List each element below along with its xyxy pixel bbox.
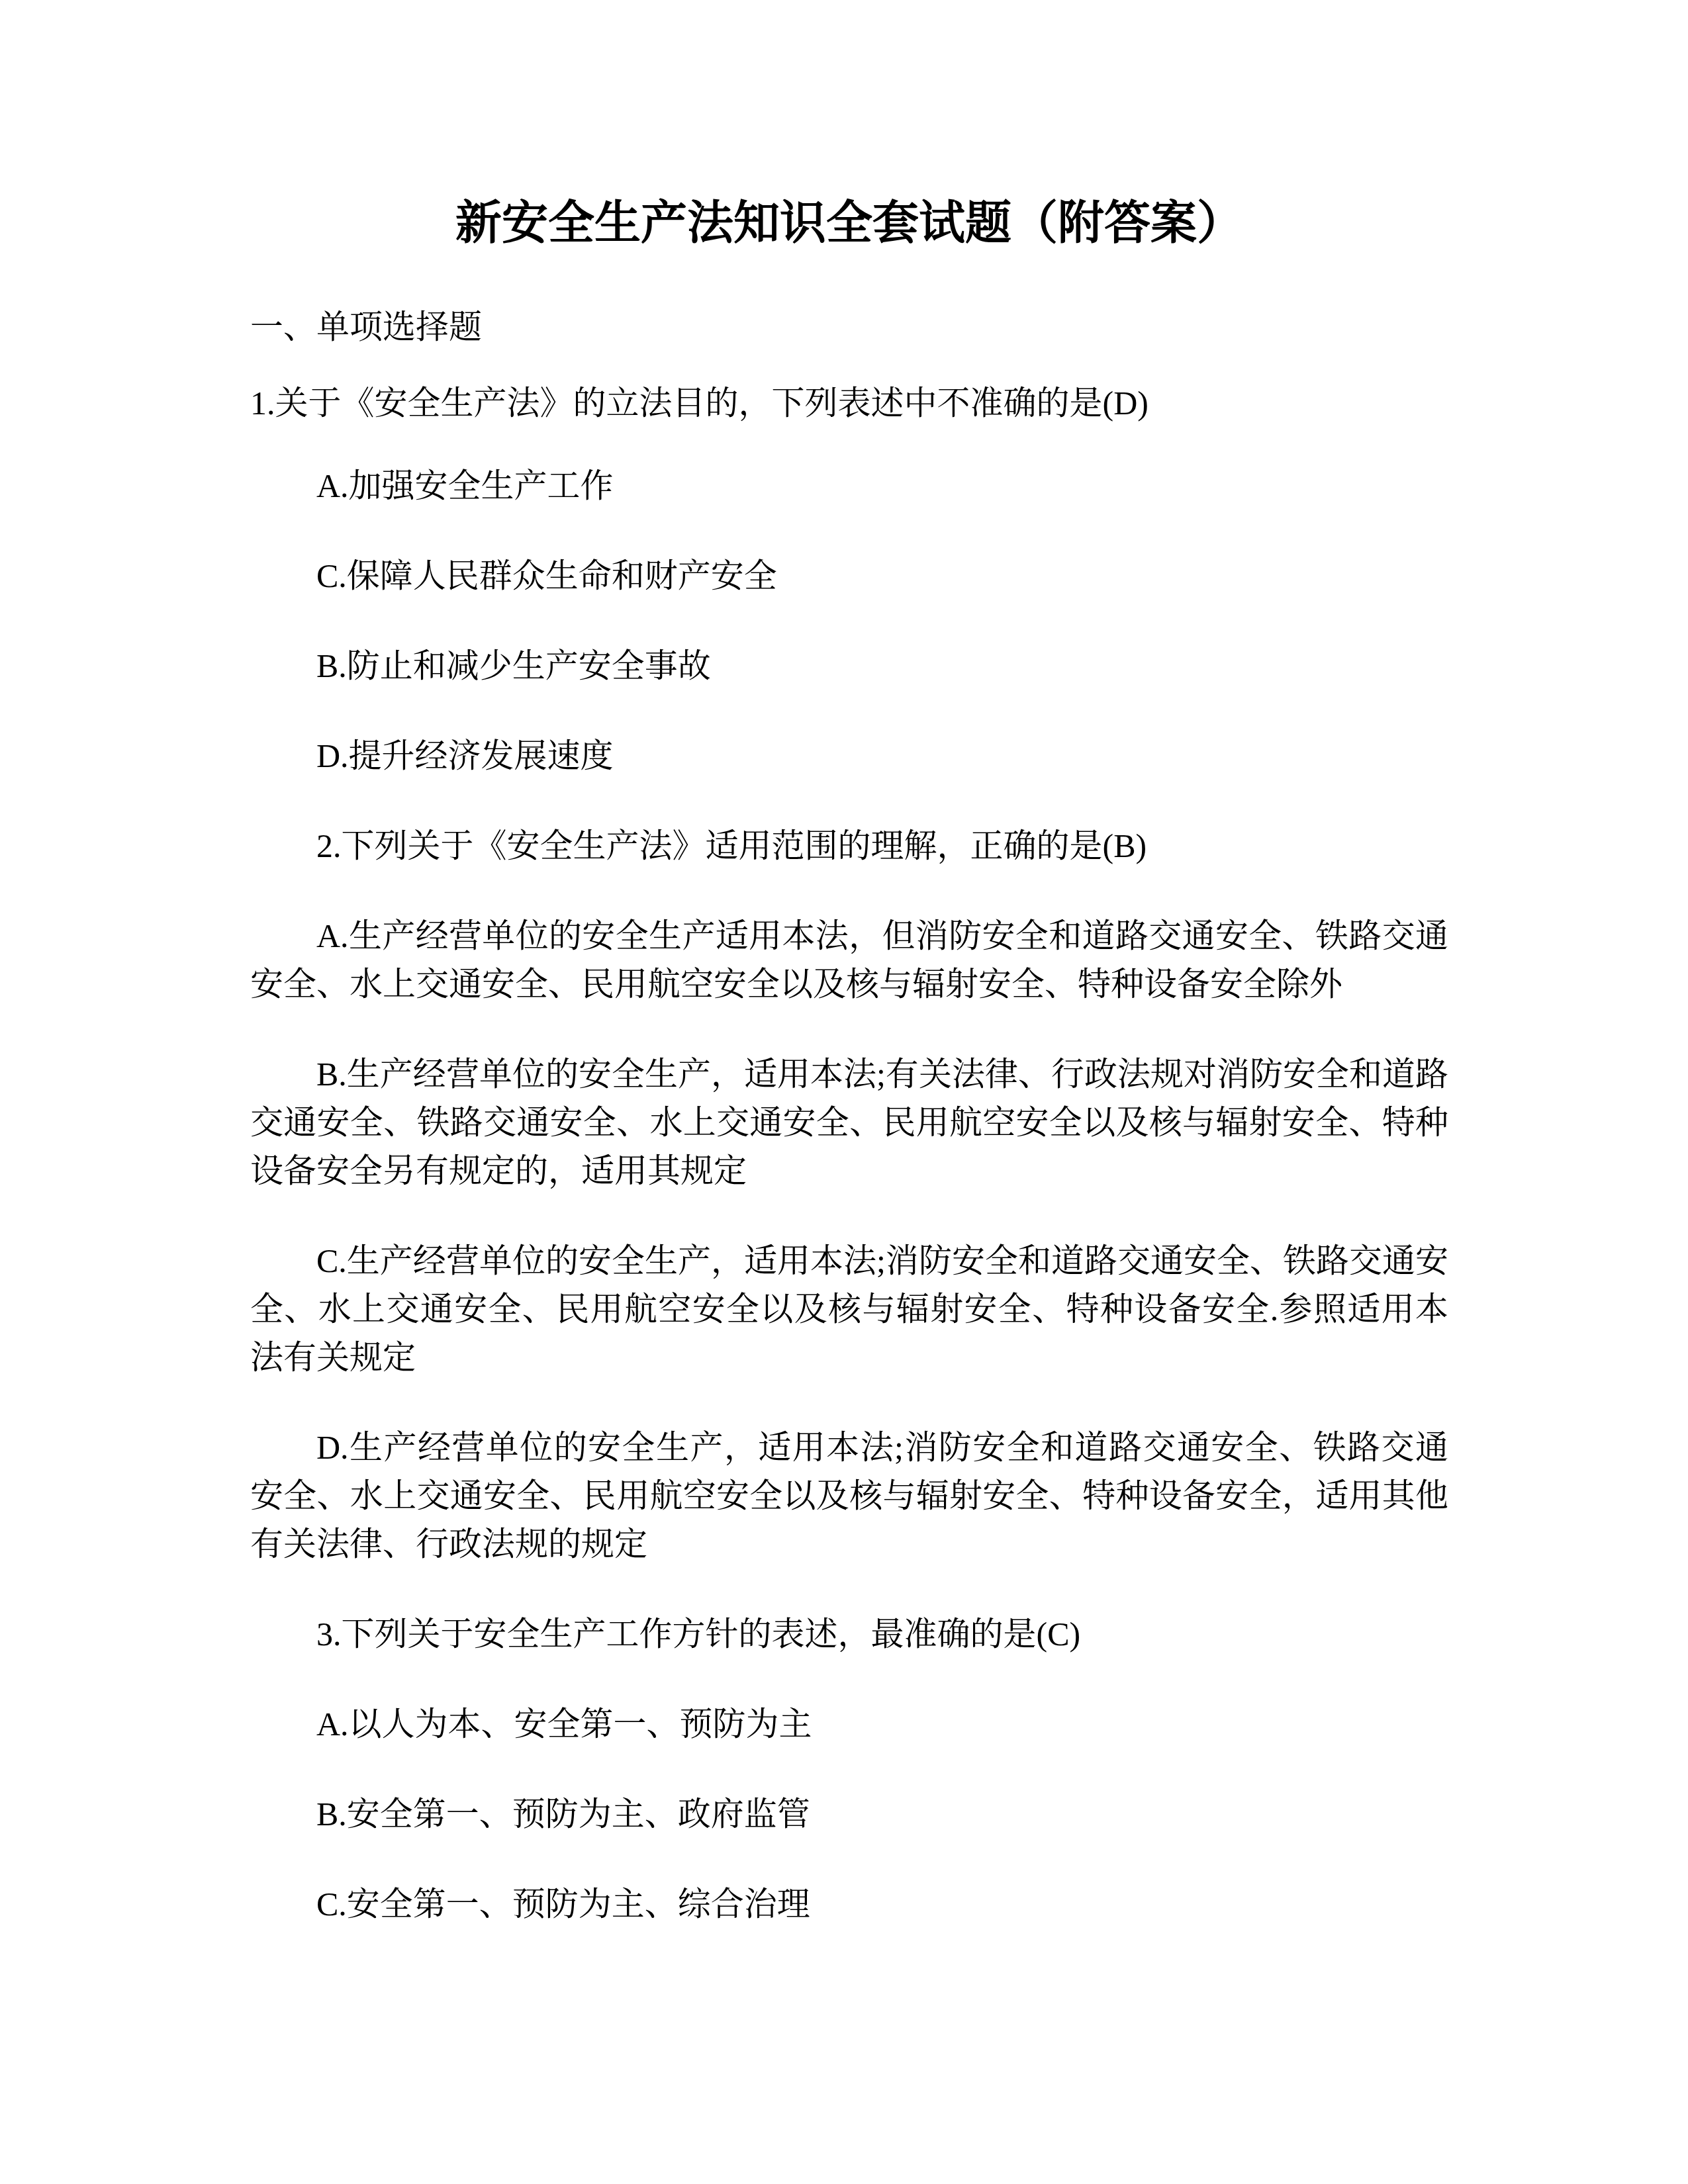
question-paragraph: 1.关于《安全生产法》的立法目的，下列表述中不准确的是(D) [250, 379, 1448, 428]
option-paragraph: C.安全第一、预防为主、综合治理 [250, 1880, 1448, 1929]
question-paragraph: 3.下列关于安全生产工作方针的表述，最准确的是(C) [250, 1610, 1448, 1659]
option-paragraph: C.生产经营单位的安全生产，适用本法;消防安全和道路交通安全、铁路交通安全、水上… [250, 1237, 1448, 1382]
question-paragraph: 2.下列关于《安全生产法》适用范围的理解，正确的是(B) [250, 822, 1448, 870]
document-page: 新安全生产法知识全套试题（附答案） 一、单项选择题 1.关于《安全生产法》的立法… [0, 0, 1688, 2184]
option-paragraph: B.防止和减少生产安全事故 [250, 642, 1448, 690]
option-paragraph: D.生产经营单位的安全生产，适用本法;消防安全和道路交通安全、铁路交通安全、水上… [250, 1424, 1448, 1569]
option-paragraph: A.生产经营单位的安全生产适用本法，但消防安全和道路交通安全、铁路交通安全、水上… [250, 912, 1448, 1009]
option-paragraph: C.保障人民群众生命和财产安全 [250, 552, 1448, 600]
section-heading: 一、单项选择题 [250, 303, 1448, 351]
option-paragraph: A.以人为本、安全第一、预防为主 [250, 1700, 1448, 1749]
option-paragraph: B.生产经营单位的安全生产，适用本法;有关法律、行政法规对消防安全和道路交通安全… [250, 1050, 1448, 1195]
option-paragraph: D.提升经济发展速度 [250, 732, 1448, 780]
option-paragraph: A.加强安全生产工作 [250, 462, 1448, 510]
page-title: 新安全生产法知识全套试题（附答案） [250, 201, 1448, 248]
option-paragraph: B.安全第一、预防为主、政府监管 [250, 1790, 1448, 1839]
